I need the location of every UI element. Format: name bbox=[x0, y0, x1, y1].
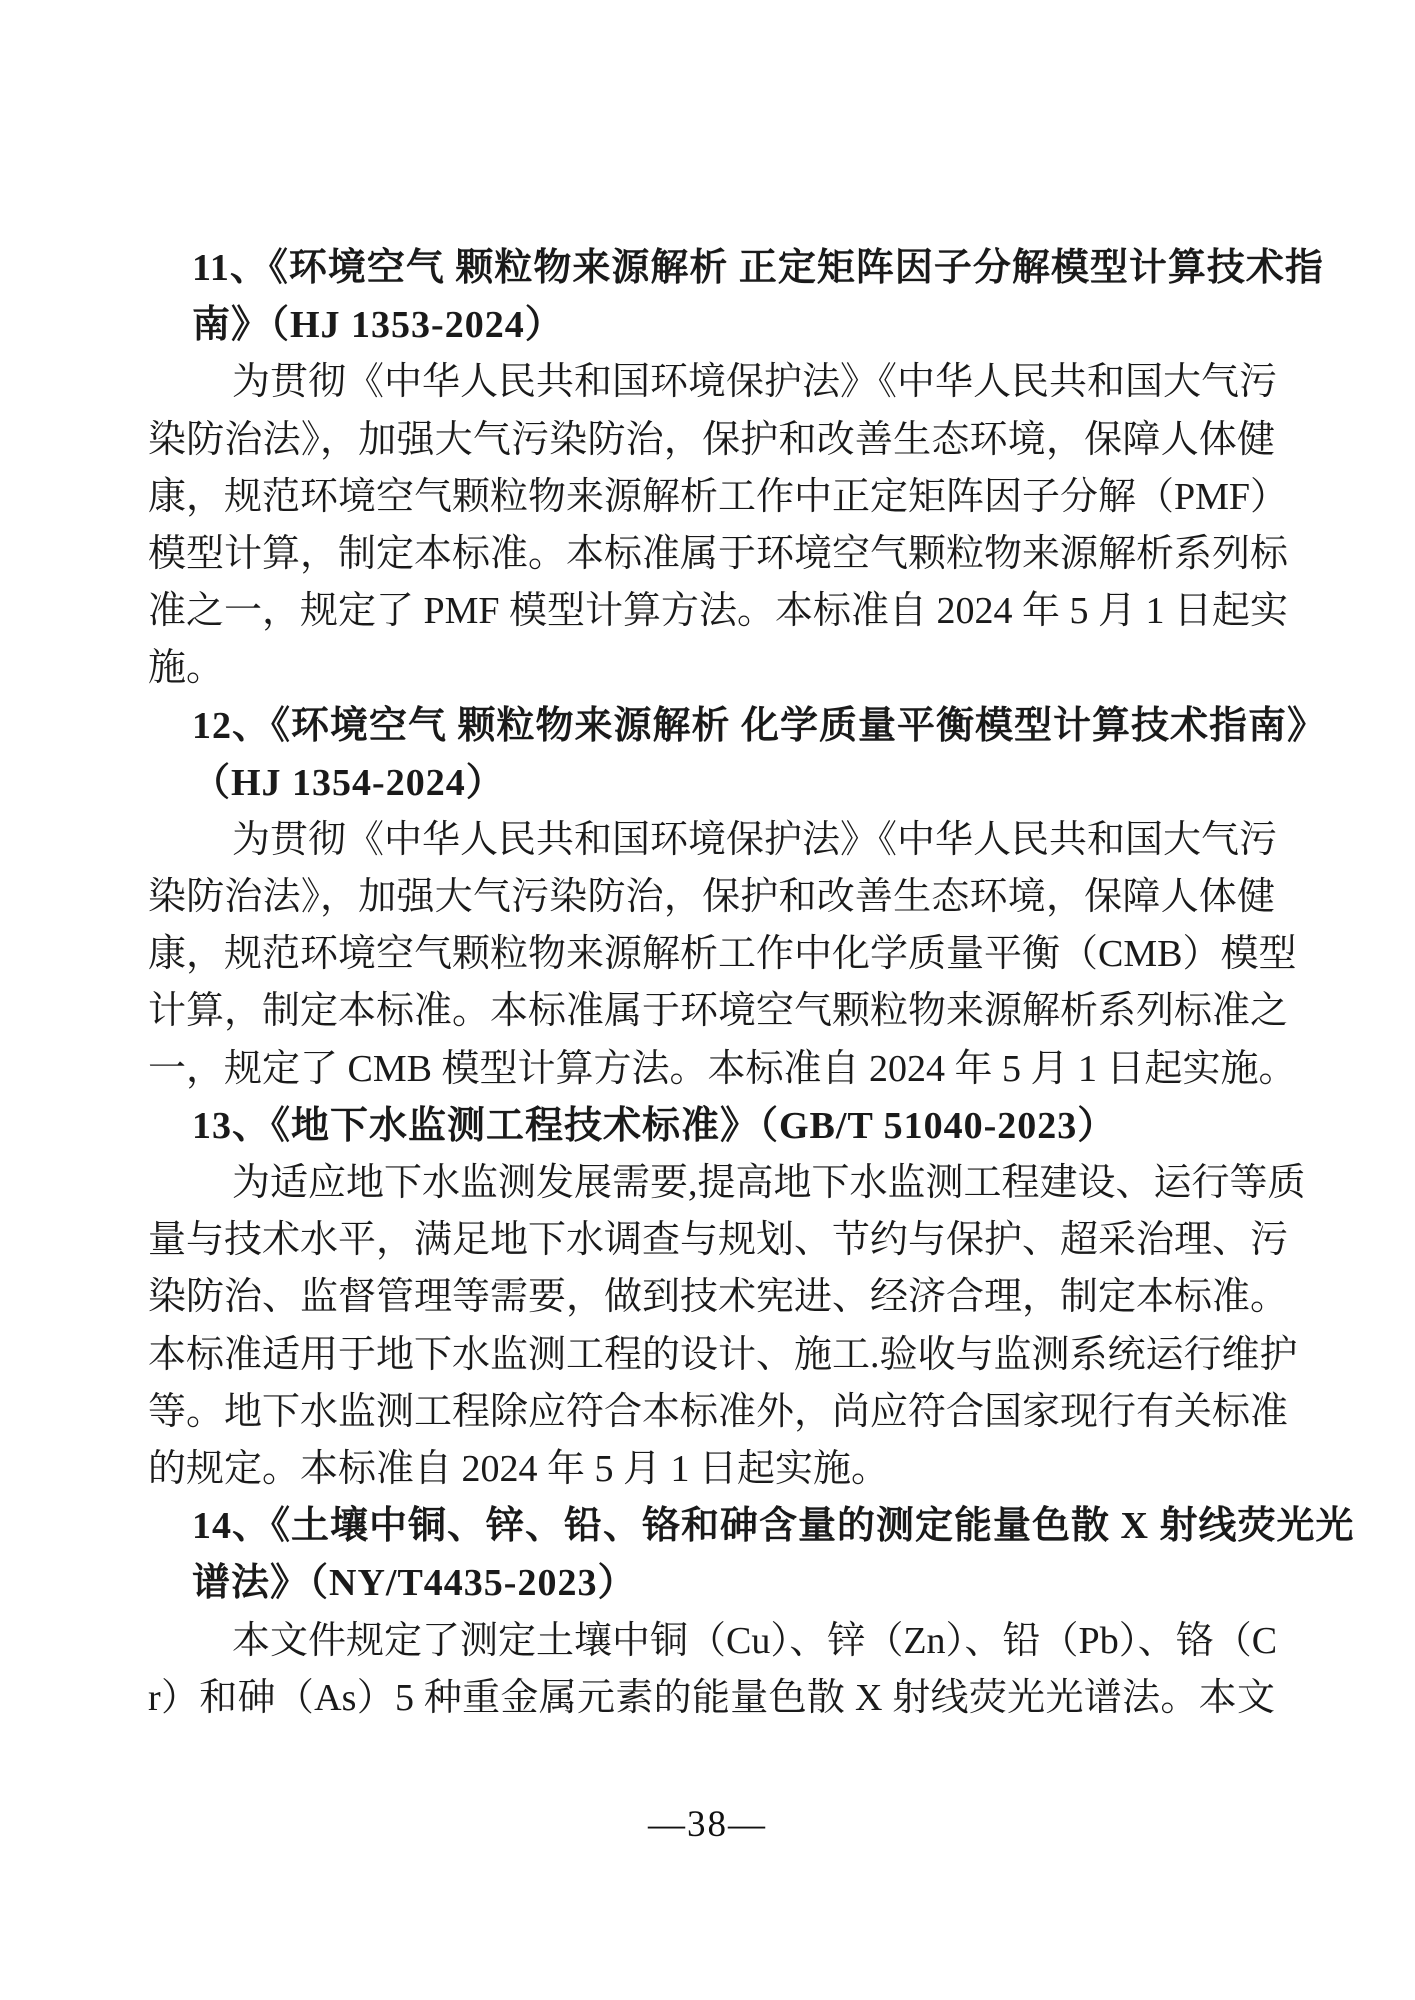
body-text-line: 为贯彻《中华人民共和国环境保护法》《中华人民共和国大气污 bbox=[148, 812, 1275, 869]
standard-heading-line: 14、《土壤中铜、锌、铅、铬和砷含量的测定能量色散 X 射线荧光光 bbox=[148, 1498, 1275, 1555]
standard-heading-line: 谱法》（NY/T4435-2023） bbox=[148, 1555, 1275, 1612]
body-text-line: 的规定。本标准自 2024 年 5 月 1 日起实施。 bbox=[148, 1441, 1275, 1498]
body-text-line: r）和砷（As）5 种重金属元素的能量色散 X 射线荧光光谱法。本文 bbox=[148, 1670, 1275, 1727]
body-text-line: 等。地下水监测工程除应符合本标准外，尚应符合国家现行有关标准 bbox=[148, 1384, 1275, 1441]
body-text-line: 染防治法》，加强大气污染防治，保护和改善生态环境，保障人体健 bbox=[148, 869, 1275, 926]
document-body: 11、《环境空气 颗粒物来源解析 正定矩阵因子分解模型计算技术指南》（HJ 13… bbox=[148, 240, 1275, 1727]
body-text-line: 本标准适用于地下水监测工程的设计、施工.验收与监测系统运行维护 bbox=[148, 1327, 1275, 1384]
standard-heading-line: 12、《环境空气 颗粒物来源解析 化学质量平衡模型计算技术指南》 bbox=[148, 698, 1275, 755]
body-text-line: 康，规范环境空气颗粒物来源解析工作中化学质量平衡（CMB）模型 bbox=[148, 926, 1275, 983]
page-number: —38— bbox=[0, 1802, 1415, 1848]
body-text-line: 准之一，规定了 PMF 模型计算方法。本标准自 2024 年 5 月 1 日起实 bbox=[148, 583, 1275, 640]
body-text-line: 本文件规定了测定土壤中铜（Cu）、锌（Zn）、铅（Pb）、铬（C bbox=[148, 1613, 1275, 1670]
body-text-line: 施。 bbox=[148, 640, 1275, 697]
standard-heading-line: 南》（HJ 1353-2024） bbox=[148, 297, 1275, 354]
body-text-line: 染防治、监督管理等需要，做到技术宪进、经济合理，制定本标准。 bbox=[148, 1269, 1275, 1326]
body-text-line: 染防治法》，加强大气污染防治，保护和改善生态环境，保障人体健 bbox=[148, 412, 1275, 469]
body-text-line: 量与技术水平，满足地下水调查与规划、节约与保护、超采治理、污 bbox=[148, 1212, 1275, 1269]
body-text-line: 计算，制定本标准。本标准属于环境空气颗粒物来源解析系列标准之 bbox=[148, 983, 1275, 1040]
standard-heading-line: （HJ 1354-2024） bbox=[148, 755, 1275, 812]
body-text-line: 一，规定了 CMB 模型计算方法。本标准自 2024 年 5 月 1 日起实施。 bbox=[148, 1041, 1275, 1098]
body-text-line: 模型计算，制定本标准。本标准属于环境空气颗粒物来源解析系列标 bbox=[148, 526, 1275, 583]
body-text-line: 为贯彻《中华人民共和国环境保护法》《中华人民共和国大气污 bbox=[148, 354, 1275, 411]
standard-heading-line: 13、《地下水监测工程技术标准》（GB/T 51040-2023） bbox=[148, 1098, 1275, 1155]
body-text-line: 康，规范环境空气颗粒物来源解析工作中正定矩阵因子分解（PMF） bbox=[148, 469, 1275, 526]
document-page: 11、《环境空气 颗粒物来源解析 正定矩阵因子分解模型计算技术指南》（HJ 13… bbox=[0, 0, 1415, 2000]
body-text-line: 为适应地下水监测发展需要,提高地下水监测工程建设、运行等质 bbox=[148, 1155, 1275, 1212]
standard-heading-line: 11、《环境空气 颗粒物来源解析 正定矩阵因子分解模型计算技术指 bbox=[148, 240, 1275, 297]
